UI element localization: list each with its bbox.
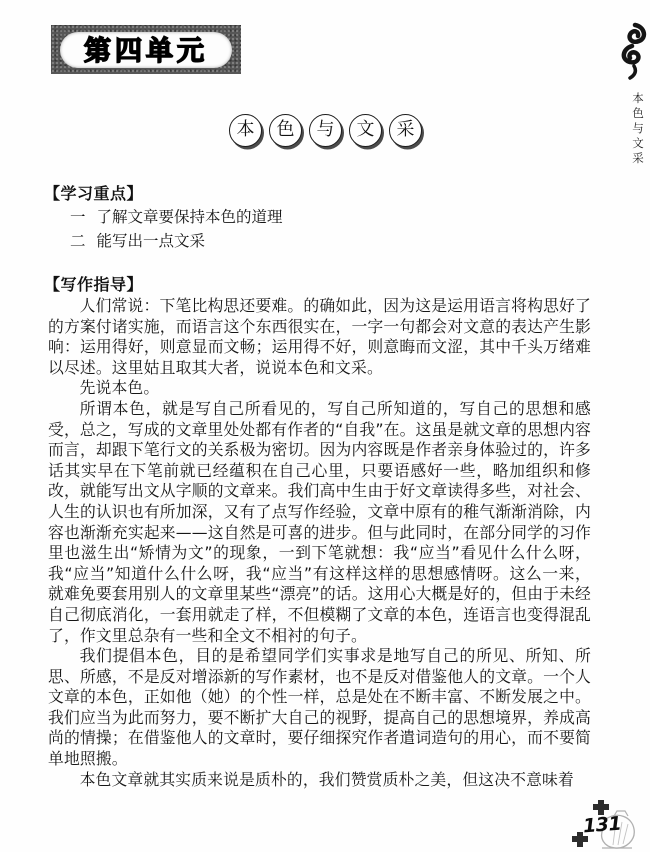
writing-guide-paragraph: 先说本色。	[48, 378, 591, 399]
writing-guide-paragraph: 所谓本色，就是写自己所看见的，写自己所知道的，写自己的思想和感受，总之，写成的文…	[48, 399, 591, 646]
subtitle-char: 与	[317, 121, 335, 139]
subtitle-circles: 本 色 与 文 采	[229, 114, 422, 147]
subtitle-circle-char: 文	[349, 114, 382, 147]
page-number: 131	[582, 813, 622, 838]
subtitle-circle-char: 与	[309, 114, 342, 147]
subtitle-char: 本	[237, 121, 255, 139]
learning-point-number: 一	[70, 209, 86, 225]
writing-guide-paragraph: 我们提倡本色，目的是希望同学们实事求是地写自己的所见、所知、所思、所感，不是反对…	[48, 646, 591, 770]
learning-points-heading: 【学习重点】	[44, 186, 591, 201]
subtitle-circle-char: 色	[269, 114, 302, 147]
writing-guide-body: 人们常说：下笔比构思还要难。的确如此，因为这是运用语言将构思好了的方案付诸实施，…	[48, 296, 591, 790]
subtitle-char: 色	[277, 121, 295, 139]
learning-point-item: 一 了解文章要保持本色的道理	[70, 209, 591, 225]
subtitle-circle-char: 本	[229, 114, 262, 147]
unit-banner-pill: 第四单元	[60, 32, 232, 68]
page-content: 【学习重点】 一 了解文章要保持本色的道理 二 能写出一点文采 【写作指导】 人…	[48, 186, 591, 790]
page-number-group: 131	[570, 798, 646, 852]
unit-banner: 第四单元	[51, 25, 241, 74]
writing-guide-paragraph: 人们常说：下笔比构思还要难。的确如此，因为这是运用语言将构思好了的方案付诸实施，…	[48, 296, 591, 378]
learning-point-text: 了解文章要保持本色的道理	[97, 209, 283, 225]
unit-banner-title: 第四单元	[84, 29, 208, 68]
learning-point-number: 二	[70, 233, 86, 249]
subtitle-circle-char: 采	[389, 114, 422, 147]
writing-guide-paragraph: 本色文章就其实质来说是质朴的，我们赞赏质朴之美，但这决不意味着	[48, 770, 591, 791]
subtitle-char: 文	[357, 121, 375, 139]
writing-guide-heading: 【写作指导】	[44, 277, 591, 292]
floral-flourish-icon	[619, 22, 649, 80]
subtitle-char: 采	[397, 121, 415, 139]
learning-point-text: 能写出一点文采	[97, 233, 206, 249]
learning-point-item: 二 能写出一点文采	[70, 233, 591, 249]
textbook-page: 第四单元 本色与文采 本 色 与 文 采 【学习重点】 一 了解文章要保持本色的…	[0, 0, 650, 852]
margin-vertical-title: 本色与文采	[630, 92, 646, 167]
